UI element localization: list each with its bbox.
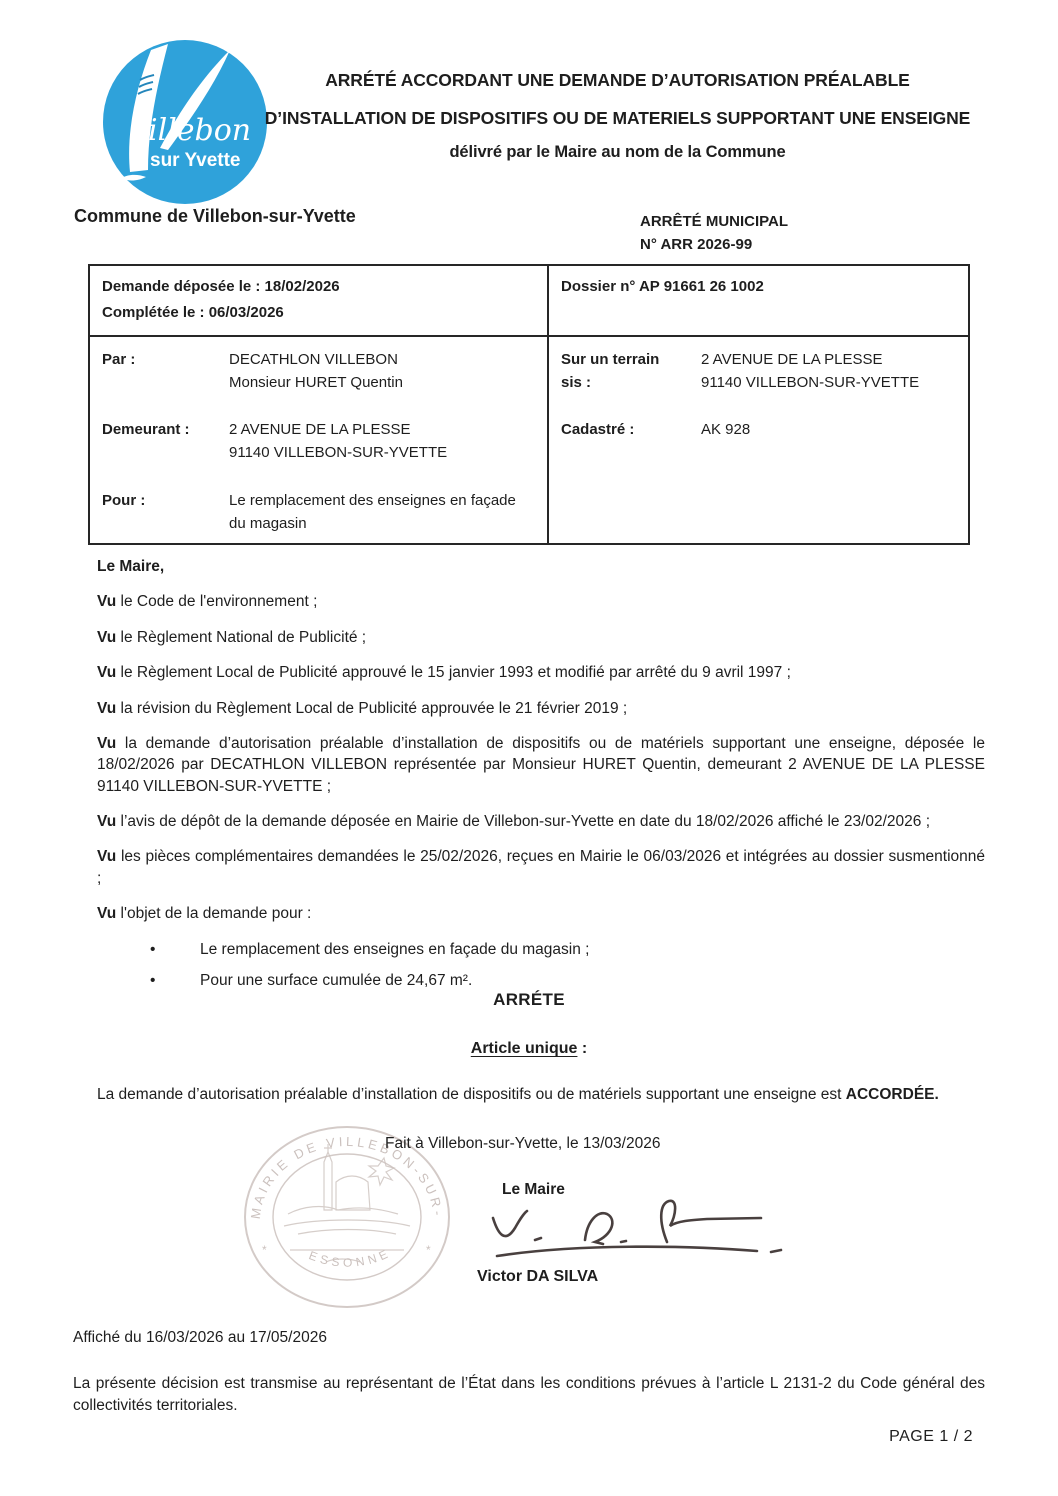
decision-result: ACCORDÉE.: [846, 1086, 939, 1103]
par-label: Par :: [102, 348, 229, 395]
vu-clause: Vu l'objet de la demande pour :: [97, 903, 985, 924]
signer-name: Victor DA SILVA: [477, 1268, 598, 1286]
document-body: Le Maire, Vu le Code de l'environnement …: [97, 556, 985, 1001]
vu-clause: Vu l’avis de dépôt de la demande déposée…: [97, 811, 985, 832]
vu-clause: Vu les pièces complémentaires demandées …: [97, 846, 985, 889]
seal-star-right: *: [426, 1243, 431, 1257]
demeurant-label: Demeurant :: [102, 418, 229, 465]
seal-star-left: *: [262, 1243, 267, 1257]
arrete-label: ARRÊTÉ MUNICIPAL: [640, 210, 788, 233]
vu-clause: Vu le Code de l'environnement ;: [97, 591, 985, 612]
vu-clause: Vu le Règlement Local de Publicité appro…: [97, 662, 985, 683]
document-page: illebon sur Yvette ARRÉTÉ ACCORDANT UNE …: [0, 0, 1058, 1496]
arrete-section-heading: ARRÉTE: [0, 990, 1058, 1010]
signer-role: Le Maire: [502, 1181, 565, 1199]
list-item: Le remplacement des enseignes en façade …: [150, 939, 985, 960]
document-title: ARRÉTÉ ACCORDANT UNE DEMANDE D’AUTORISAT…: [180, 72, 1055, 161]
demande-deposee: Demande déposée le : 18/02/2026: [102, 274, 535, 300]
table-cell-dates: Demande déposée le : 18/02/2026 Complété…: [90, 266, 547, 337]
table-cell-location: Sur un terrain sis : 2 AVENUE DE LA PLES…: [547, 337, 968, 544]
title-line-3: délivré par le Maire au nom de la Commun…: [180, 144, 1055, 161]
cadastre-value: AK 928: [701, 418, 956, 441]
terrain-value: 2 AVENUE DE LA PLESSE 91140 VILLEBON-SUR…: [701, 348, 956, 395]
demande-object-list: Le remplacement des enseignes en façade …: [97, 939, 985, 992]
terrain-label: Sur un terrain sis :: [561, 348, 701, 395]
commune-name: Commune de Villebon-sur-Yvette: [74, 206, 356, 227]
vu-clause: Vu la révision du Règlement Local de Pub…: [97, 698, 985, 719]
transmission-notice: La présente décision est transmise au re…: [73, 1373, 985, 1416]
cadastre-label: Cadastré :: [561, 418, 701, 441]
dossier-number: Dossier n° AP 91661 26 1002: [561, 274, 956, 300]
arrete-number: N° ARR 2026-99: [640, 233, 788, 256]
list-item: Pour une surface cumulée de 24,67 m².: [150, 970, 985, 991]
decision-statement: La demande d’autorisation préalable d’in…: [97, 1086, 997, 1104]
completee-le: Complétée le : 06/03/2026: [102, 300, 535, 326]
title-line-1: ARRÉTÉ ACCORDANT UNE DEMANDE D’AUTORISAT…: [180, 72, 1055, 90]
title-line-2: D’INSTALLATION DE DISPOSITIFS OU DE MATE…: [180, 110, 1055, 128]
pour-label: Pour :: [102, 489, 229, 536]
demeurant-value: 2 AVENUE DE LA PLESSE 91140 VILLEBON-SUR…: [229, 418, 535, 465]
seal-bottom-text: ESSONNE: [307, 1245, 393, 1269]
vu-clause: Vu le Règlement National de Publicité ;: [97, 627, 985, 648]
handwritten-signature: [485, 1198, 785, 1270]
place-date-line: Fait à Villebon-sur-Yvette, le 13/03/202…: [385, 1135, 660, 1153]
svg-text:ESSONNE: ESSONNE: [307, 1245, 393, 1269]
case-table: Demande déposée le : 18/02/2026 Complété…: [88, 264, 970, 545]
display-period: Affiché du 16/03/2026 au 17/05/2026: [73, 1329, 327, 1347]
vu-clause: Vu la demande d’autorisation préalable d…: [97, 733, 985, 797]
table-cell-applicant: Par : DECATHLON VILLEBON Monsieur HURET …: [90, 337, 547, 544]
arrete-municipal-heading: ARRÊTÉ MUNICIPAL N° ARR 2026-99: [640, 210, 788, 257]
pour-value: Le remplacement des enseignes en façade …: [229, 489, 535, 536]
par-value: DECATHLON VILLEBON Monsieur HURET Quenti…: [229, 348, 535, 395]
page-number: PAGE 1 / 2: [889, 1428, 973, 1446]
seal-engraving: [284, 1144, 410, 1262]
table-cell-dossier: Dossier n° AP 91661 26 1002: [547, 266, 968, 337]
salutation: Le Maire,: [97, 556, 985, 577]
article-unique-heading: Article unique :: [0, 1040, 1058, 1058]
